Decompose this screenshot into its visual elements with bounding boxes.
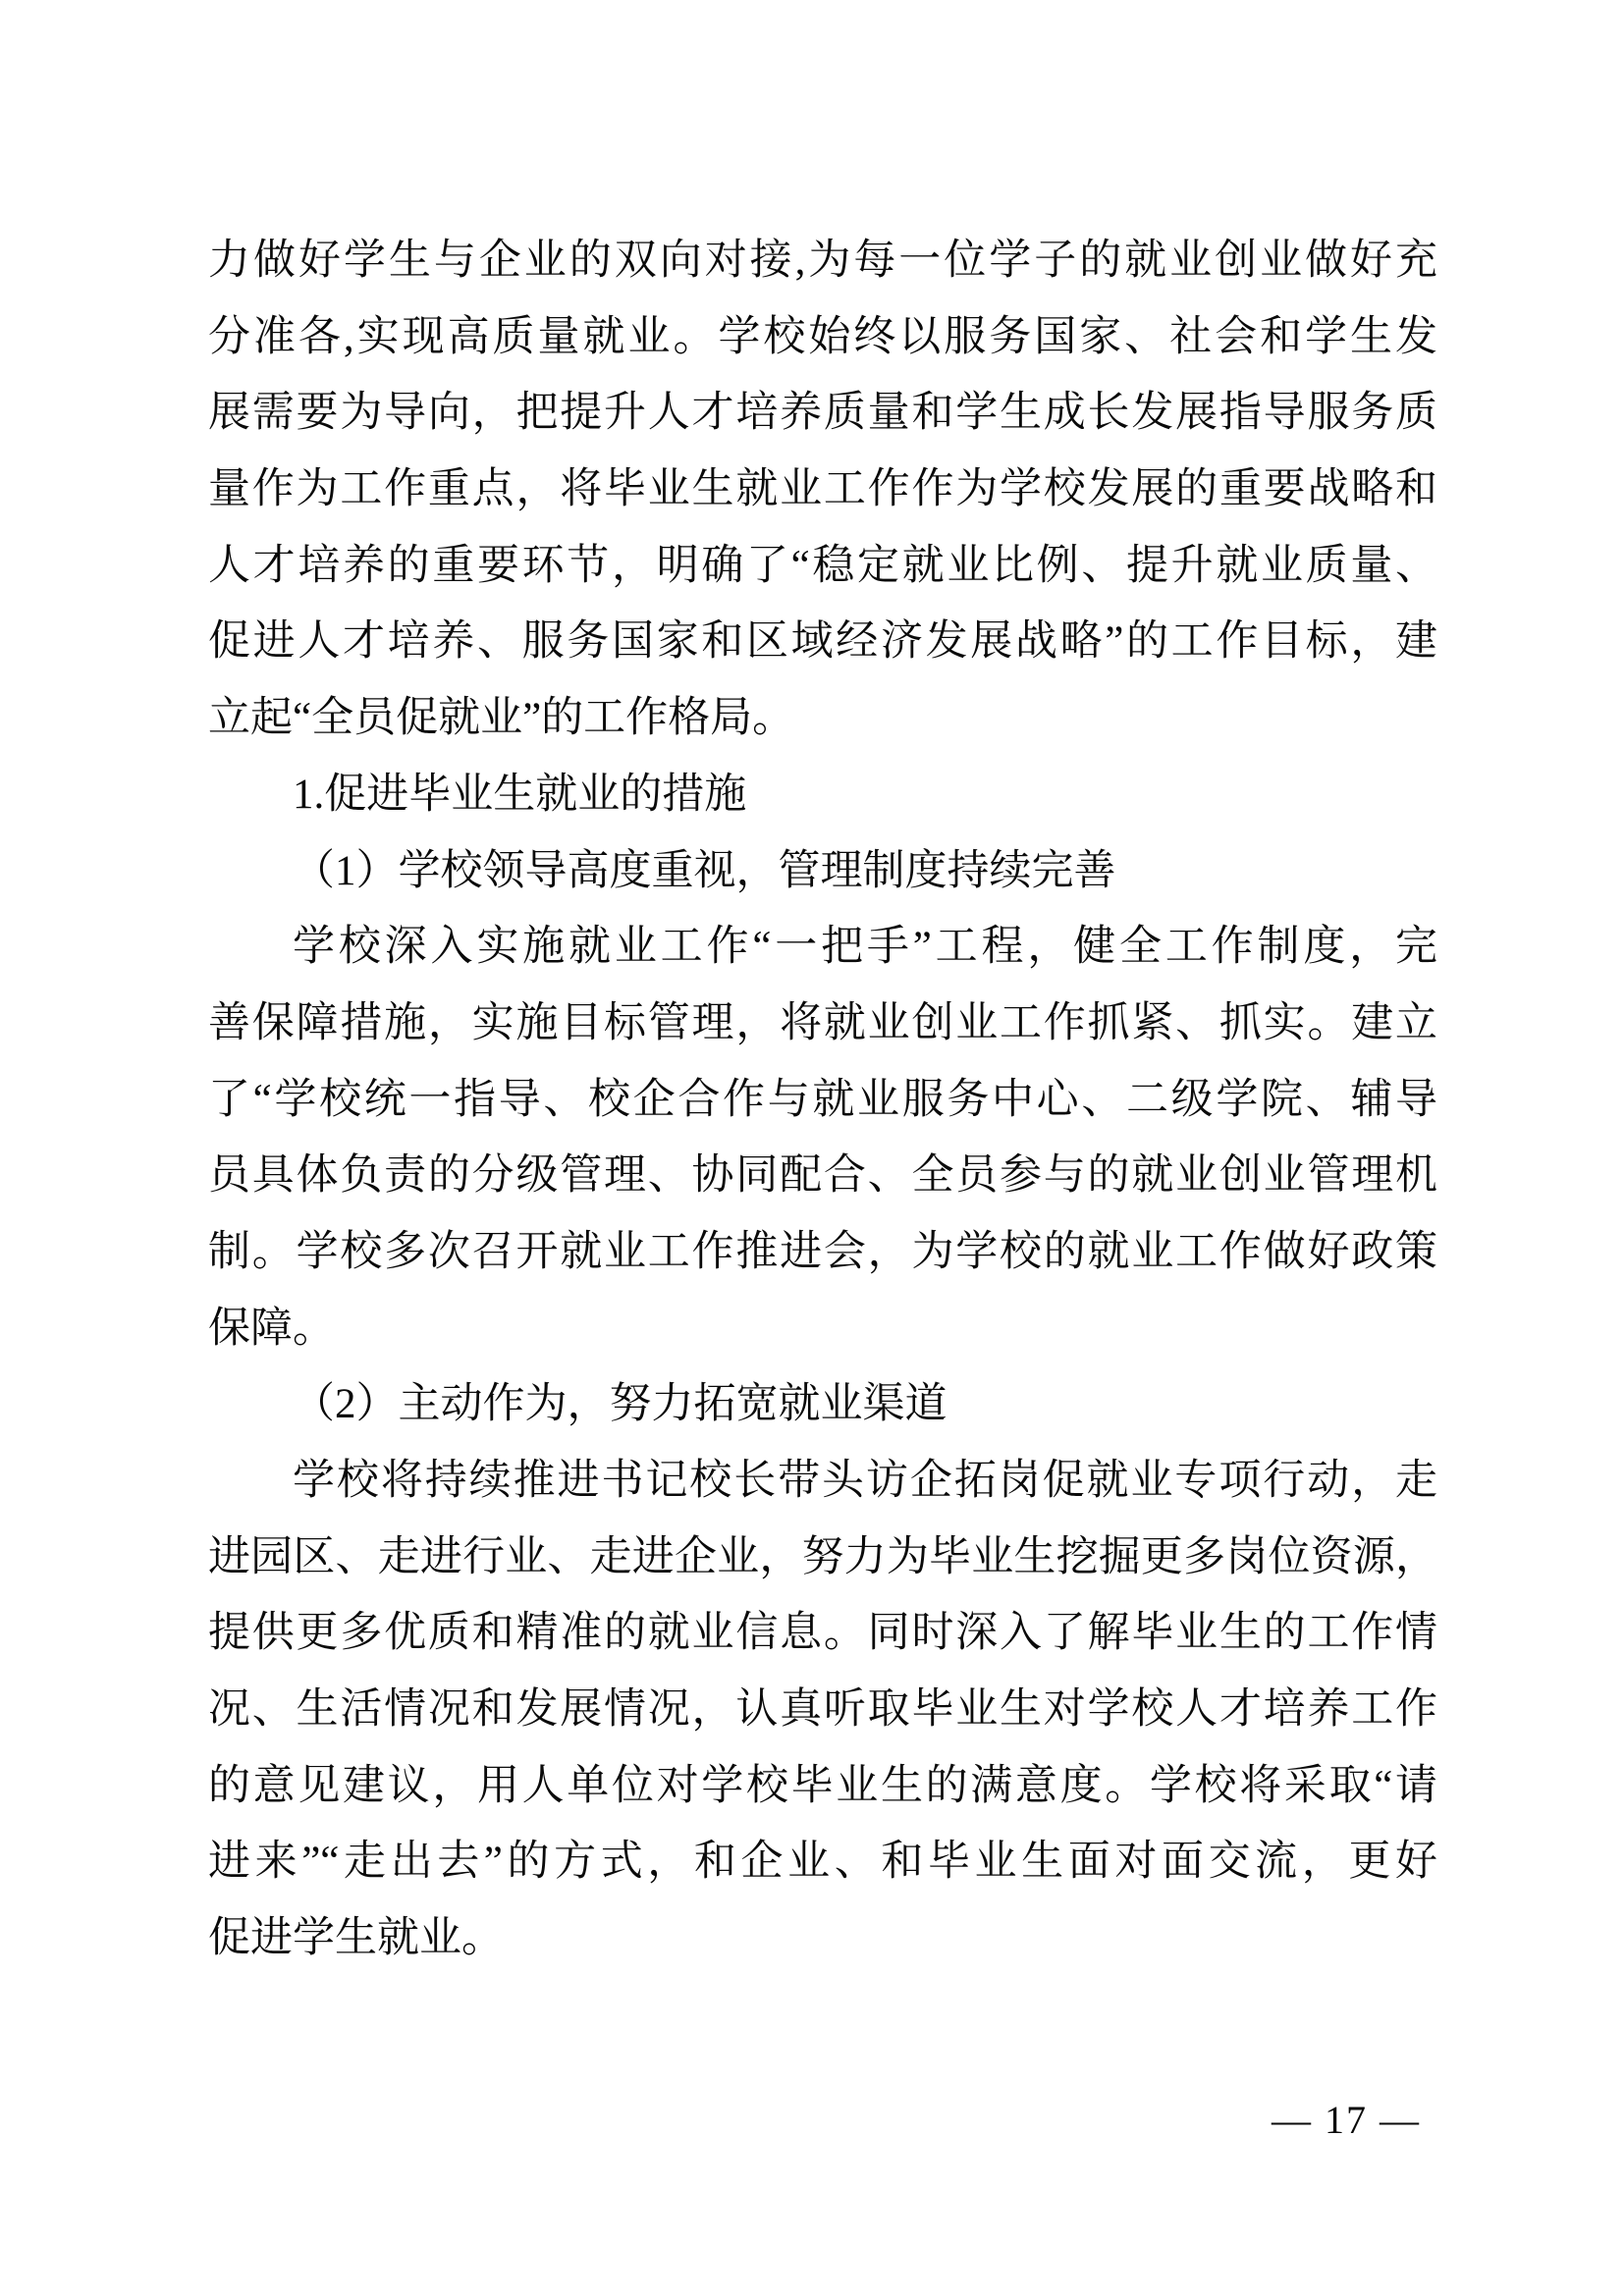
body-line: 善保障措施，实施目标管理，将就业创业工作抓紧、抓实。建立 — [208, 986, 1437, 1062]
body-line: 立起“全员促就业”的工作格局。 — [208, 680, 1437, 757]
body-line: 学校深入实施就业工作“一把手”工程，健全工作制度，完 — [208, 909, 1437, 986]
body-line: 保障。 — [208, 1291, 1437, 1367]
body-line: 量作为工作重点，将毕业生就业工作作为学校发展的重要战略和 — [208, 452, 1437, 528]
body-line: 提供更多优质和精准的就业信息。同时深入了解毕业生的工作情 — [208, 1595, 1437, 1672]
body-line: 展需要为导向，把提升人才培养质量和学生成长发展指导服务质 — [208, 375, 1437, 452]
body-line: 进园区、走进行业、走进企业，努力为毕业生挖掘更多岗位资源， — [208, 1520, 1437, 1596]
body-line: 员具体负责的分级管理、协同配合、全员参与的就业创业管理机 — [208, 1138, 1437, 1214]
document-body: 力做好学生与企业的双向对接,为每一位学子的就业创业做好充 分准各,实现高质量就业… — [208, 223, 1437, 1977]
subheading-2: （2）主动作为，努力拓宽就业渠道 — [208, 1366, 1437, 1443]
document-page: 力做好学生与企业的双向对接,为每一位学子的就业创业做好充 分准各,实现高质量就业… — [0, 0, 1624, 2296]
heading-measures: 1.促进毕业生就业的措施 — [208, 757, 1437, 833]
page-number: — 17 — — [1272, 2098, 1421, 2142]
subheading-1: （1）学校领导高度重视，管理制度持续完善 — [208, 833, 1437, 910]
body-line: 进来”“走出去”的方式，和企业、和毕业生面对面交流，更好 — [208, 1824, 1437, 1900]
body-line: 力做好学生与企业的双向对接,为每一位学子的就业创业做好充 — [208, 223, 1437, 299]
body-line: 制。学校多次召开就业工作推进会，为学校的就业工作做好政策 — [208, 1214, 1437, 1291]
body-line: 了“学校统一指导、校企合作与就业服务中心、二级学院、辅导 — [208, 1062, 1437, 1139]
page-footer: — 17 — — [1272, 2097, 1421, 2144]
body-line: 促进学生就业。 — [208, 1900, 1437, 1977]
body-line: 促进人才培养、服务国家和区域经济发展战略”的工作目标，建 — [208, 604, 1437, 680]
body-line: 况、生活情况和发展情况，认真听取毕业生对学校人才培养工作 — [208, 1672, 1437, 1748]
body-line: 人才培养的重要环节，明确了“稳定就业比例、提升就业质量、 — [208, 528, 1437, 605]
body-line: 学校将持续推进书记校长带头访企拓岗促就业专项行动，走 — [208, 1443, 1437, 1520]
body-line: 分准各,实现高质量就业。学校始终以服务国家、社会和学生发 — [208, 299, 1437, 376]
body-line: 的意见建议，用人单位对学校毕业生的满意度。学校将采取“请 — [208, 1748, 1437, 1825]
